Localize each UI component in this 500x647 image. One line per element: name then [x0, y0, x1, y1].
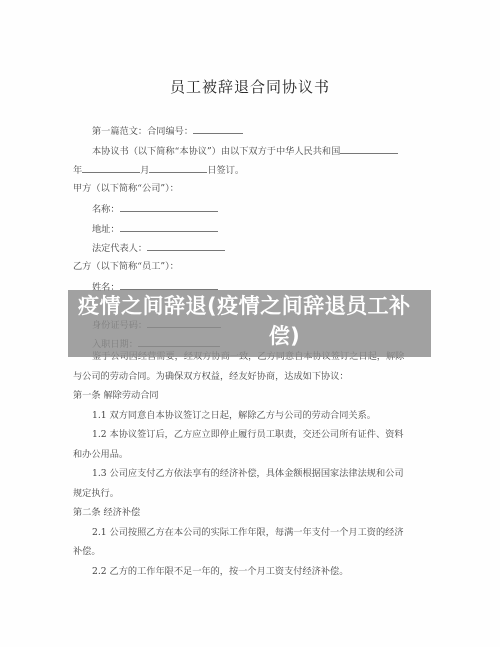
party-a-address-line: 地址： [92, 222, 218, 236]
agreement-intro-line: 本协议书（以下简称“本协议”）由以下双方于中华人民共和国 [92, 144, 398, 158]
party-a-name-label: 名称： [92, 204, 120, 215]
article-2-heading: 第二条 经济补偿 [73, 507, 140, 519]
party-b-heading: 乙方（以下简称“员工”）： [73, 261, 179, 273]
contract-number-label: 第一篇范文：合同编号： [92, 126, 193, 137]
party-a-name-line: 名称： [92, 202, 218, 216]
caption-line-1: 疫情之间辞退(疫情之间辞退员工补 [68, 291, 431, 321]
preamble-line-2: 与公司的劳动合同。为确保双方权益，经友好协商，达成如下协议： [73, 371, 349, 383]
article-1-heading: 第一条 解除劳动合同 [73, 390, 159, 402]
party-a-name-blank [120, 202, 218, 212]
agreement-intro-text: 本协议书（以下简称“本协议”）由以下双方于中华人民共和国 [92, 146, 340, 157]
document-title: 员工被辞退合同协议书 [0, 76, 500, 97]
month-blank [149, 163, 207, 173]
party-b-name-blank [120, 280, 218, 290]
clause-1-3-line-2: 规定执行。 [73, 488, 119, 500]
clause-1-2-line-2: 和办公用品。 [73, 449, 128, 461]
party-a-address-label: 地址： [92, 224, 120, 235]
day-label: 日签订。 [207, 165, 244, 176]
party-a-heading: 甲方（以下简称“公司”）： [73, 183, 179, 195]
contract-number-blank [193, 124, 243, 134]
legal-rep-line: 法定代表人： [92, 241, 225, 255]
clause-1-1: 1.1 双方同意自本协议签订之日起，解除乙方与公司的劳动合同关系。 [92, 410, 376, 422]
year-label: 年 [73, 165, 82, 176]
clause-2-1-line-1: 2.1 公司按照乙方在本公司的实际工作年限，每满一年支付一个月工资的经济 [92, 527, 404, 539]
legal-rep-blank [147, 241, 225, 251]
month-label: 月 [140, 165, 149, 176]
party-a-address-blank [120, 222, 218, 232]
clause-1-2-line-1: 1.2 本协议签订后，乙方应立即停止履行员工职责，交还公司所有证件、资料 [92, 429, 404, 441]
caption-overlay-text: 疫情之间辞退(疫情之间辞退员工补 偿) [68, 291, 431, 351]
clause-2-2: 2.2 乙方的工作年限不足一年的，按一个月工资支付经济补偿。 [92, 566, 348, 578]
clause-1-3-line-1: 1.3 公司应支付乙方依法享有的经济补偿，具体金额根据国家法律法规和公司 [92, 468, 404, 480]
clause-2-1-line-2: 补偿。 [73, 546, 101, 558]
place-blank [340, 144, 398, 154]
sign-date-line: 年月日签订。 [73, 163, 244, 177]
year-blank [82, 163, 140, 173]
caption-line-2: 偿) [68, 321, 431, 351]
contract-number-line: 第一篇范文：合同编号： [92, 124, 243, 138]
legal-rep-label: 法定代表人： [92, 243, 147, 254]
